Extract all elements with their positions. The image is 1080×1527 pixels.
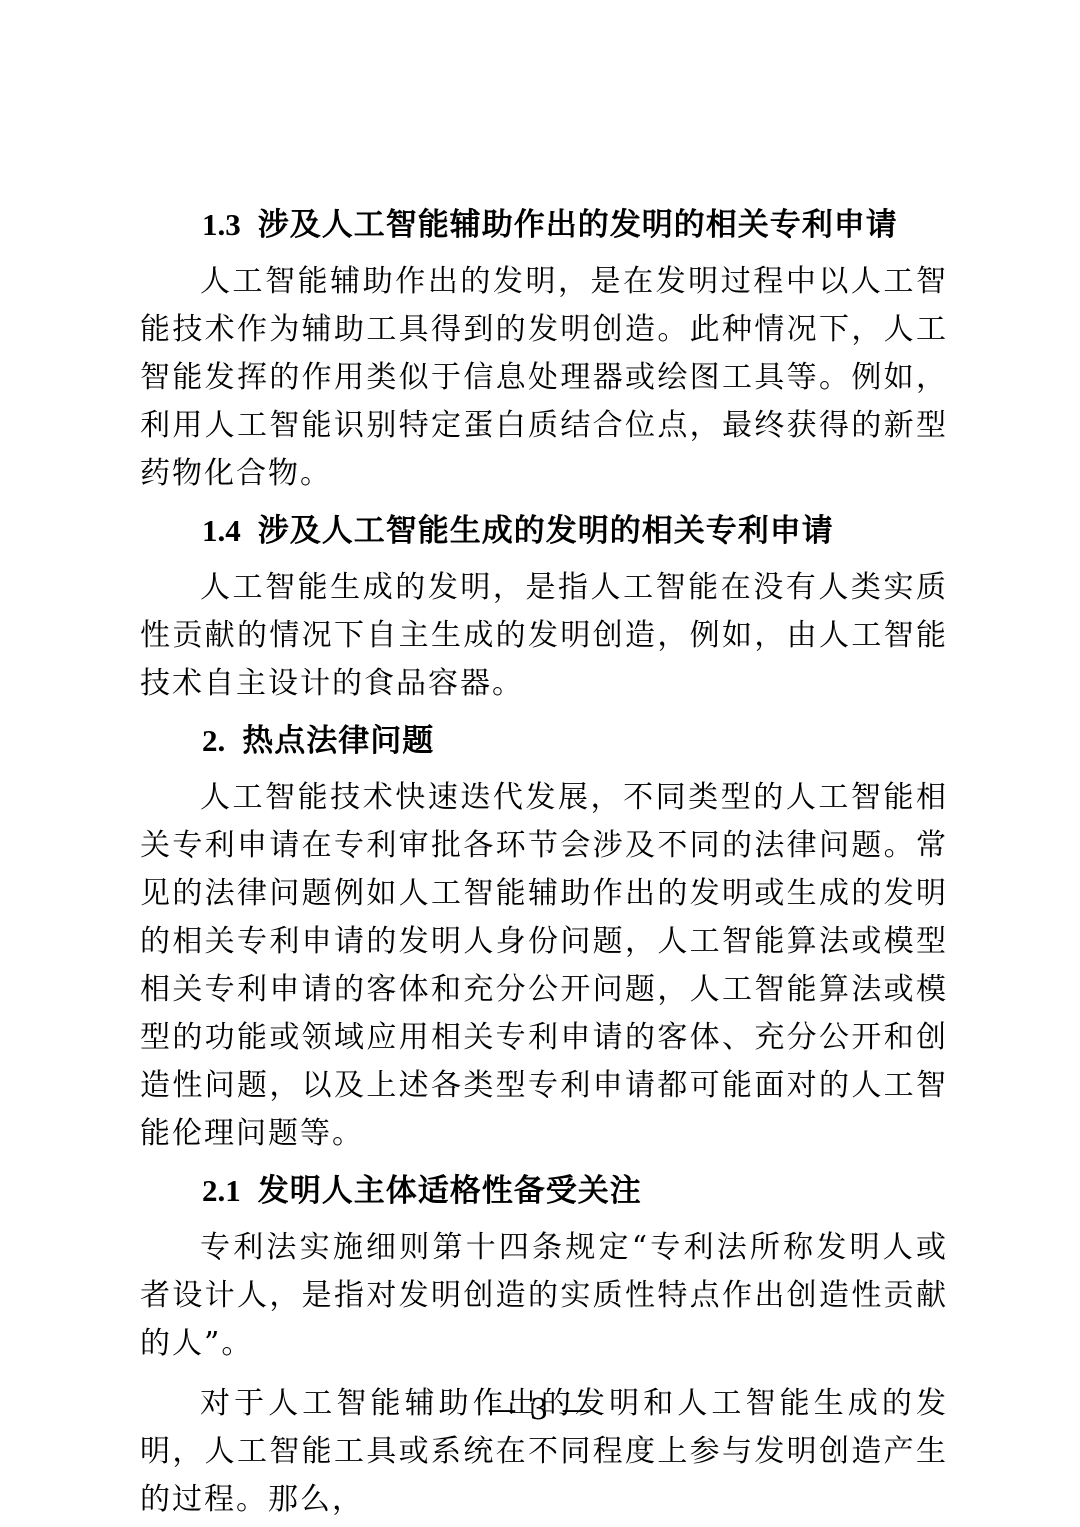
section-number: 2.1 — [202, 1173, 241, 1208]
section-title: 涉及人工智能生成的发明的相关专利申请 — [258, 513, 834, 549]
section-number: 2. — [202, 723, 225, 758]
paragraph-hot-legal-issues: 人工智能技术快速迭代发展，不同类型的人工智能相关专利申请在专利审批各环节会涉及不… — [140, 774, 948, 1158]
section-heading-2: 2.热点法律问题 — [140, 717, 948, 765]
section-heading-2-1: 2.1发明人主体适格性备受关注 — [140, 1167, 948, 1215]
section-number: 1.3 — [202, 207, 241, 242]
section-title: 发明人主体适格性备受关注 — [258, 1173, 642, 1209]
section-number: 1.4 — [202, 513, 241, 548]
page-footer: — 3 — — [0, 1392, 1080, 1426]
paragraph-ai-assisted-invention: 人工智能辅助作出的发明，是在发明过程中以人工智能技术作为辅助工具得到的发明创造。… — [140, 258, 948, 498]
paragraph-ai-generated-invention: 人工智能生成的发明，是指人工智能在没有人类实质性贡献的情况下自主生成的发明创造，… — [140, 564, 948, 708]
document-body: 1.3涉及人工智能辅助作出的发明的相关专利申请 人工智能辅助作出的发明，是在发明… — [140, 192, 948, 1524]
section-heading-1-4: 1.4涉及人工智能生成的发明的相关专利申请 — [140, 507, 948, 555]
page-number: — 3 — — [488, 1392, 593, 1426]
paragraph-inventor-definition: 专利法实施细则第十四条规定“专利法所称发明人或者设计人，是指对发明创造的实质性特… — [140, 1224, 948, 1368]
section-heading-1-3: 1.3涉及人工智能辅助作出的发明的相关专利申请 — [140, 201, 948, 249]
section-title: 热点法律问题 — [242, 723, 434, 759]
section-title: 涉及人工智能辅助作出的发明的相关专利申请 — [258, 207, 898, 243]
document-page: 1.3涉及人工智能辅助作出的发明的相关专利申请 人工智能辅助作出的发明，是在发明… — [0, 0, 1080, 1527]
